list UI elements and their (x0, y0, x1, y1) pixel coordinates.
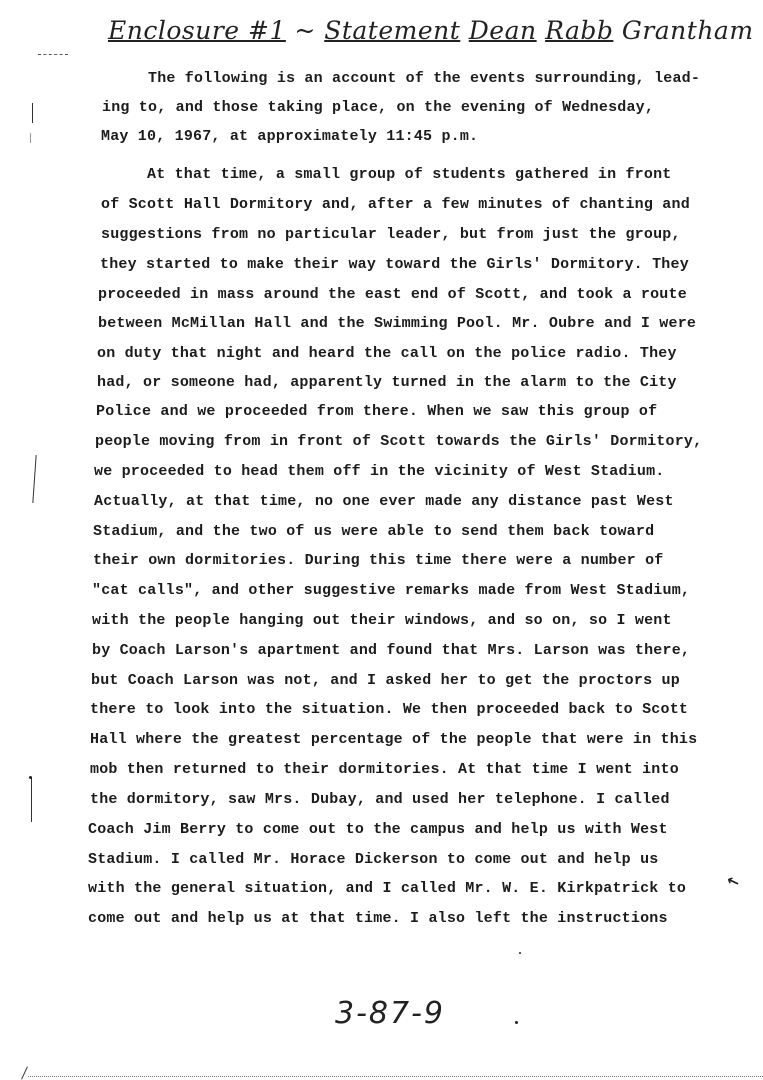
body-line: "cat calls", and other suggestive remark… (92, 582, 690, 599)
body-line: The following is an account of the event… (148, 70, 700, 87)
body-line: Police and we proceeded from there. When… (96, 403, 657, 420)
header-statement: Statement (324, 16, 460, 45)
body-line: At that time, a small group of students … (147, 166, 671, 183)
body-line: had, or someone had, apparently turned i… (97, 374, 677, 391)
margin-mark (31, 778, 32, 822)
body-line: we proceeded to head them off in the vic… (94, 463, 665, 480)
header-grantham: Grantham (622, 16, 754, 45)
stray-ink-mark: ↖ (724, 871, 742, 892)
body-line: with the people hanging out their window… (92, 612, 672, 629)
handwritten-header: Enclosure #1 ~ Statement Dean Rabb Grant… (108, 16, 748, 52)
body-line: Stadium, and the two of us were able to … (93, 523, 654, 540)
body-line: but Coach Larson was not, and I asked he… (91, 672, 680, 689)
body-line: on duty that night and heard the call on… (97, 345, 677, 362)
body-line: come out and help us at that time. I als… (88, 910, 668, 927)
body-line: mob then returned to their dormitories. … (90, 761, 679, 778)
margin-mark (30, 133, 31, 143)
body-line: there to look into the situation. We the… (90, 701, 688, 718)
body-line: proceeded in mass around the east end of… (98, 286, 687, 303)
body-line: ing to, and those taking place, on the e… (102, 99, 654, 116)
body-line: suggestions from no particular leader, b… (101, 226, 681, 243)
body-line: Coach Jim Berry to come out to the campu… (88, 821, 668, 838)
body-line: they started to make their way toward th… (100, 256, 689, 273)
body-line: of Scott Hall Dormitory and, after a few… (101, 196, 690, 213)
body-line: with the general situation, and I called… (88, 880, 686, 897)
scan-speck (515, 1021, 518, 1024)
margin-mark (32, 103, 33, 123)
scan-speck (519, 952, 521, 954)
handwritten-page-number: 3-87-9 (335, 996, 445, 1031)
header-dean: Dean (469, 16, 537, 45)
header-enclosure: Enclosure #1 (108, 16, 286, 45)
body-line: between McMillan Hall and the Swimming P… (98, 315, 696, 332)
body-line: Stadium. I called Mr. Horace Dickerson t… (88, 851, 659, 868)
header-rabb: Rabb (545, 16, 613, 45)
body-line: by Coach Larson's apartment and found th… (92, 642, 690, 659)
body-line: people moving from in front of Scott tow… (95, 433, 702, 450)
corner-mark (21, 1066, 28, 1079)
scan-bottom-edge (28, 1076, 763, 1078)
margin-dash-mark (38, 54, 68, 56)
body-line: the dormitory, saw Mrs. Dubay, and used … (90, 791, 670, 808)
margin-mark (32, 455, 36, 503)
scan-speck (29, 776, 32, 779)
body-line: May 10, 1967, at approximately 11:45 p.m… (101, 128, 478, 145)
header-tilde: ~ (294, 16, 315, 45)
body-line: Hall where the greatest percentage of th… (90, 731, 697, 748)
body-line: Actually, at that time, no one ever made… (94, 493, 674, 510)
body-line: their own dormitories. During this time … (93, 552, 664, 569)
